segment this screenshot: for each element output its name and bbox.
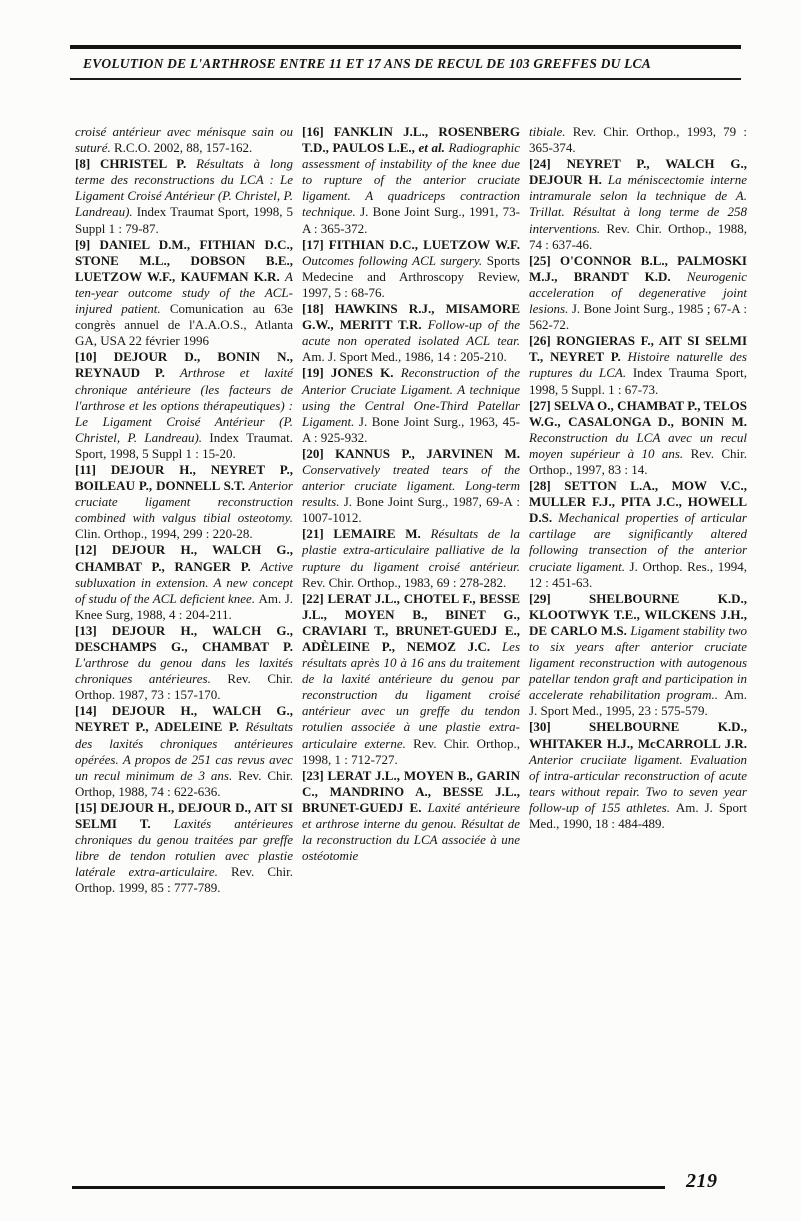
reference-entry: [12] DEJOUR H., WALCH G., CHAMBAT P., RA… (75, 542, 293, 622)
header-rule-bottom (70, 78, 741, 80)
reference-entry: [22] LERAT J.L., CHOTEL F., BESSE J.L., … (302, 591, 520, 768)
references-column-1: croisé antérieur avec ménisque sain ou s… (75, 124, 293, 897)
reference-text-segment: tibiale. (529, 124, 573, 139)
reference-entry: [19] JONES K. Reconstruction of the Ante… (302, 365, 520, 445)
reference-text-segment: [8] CHRISTEL P. (75, 156, 196, 171)
reference-entry: [27] SELVA O., CHAMBAT P., TELOS W.G., C… (529, 398, 747, 478)
reference-text-segment: [21] LEMAIRE M. (302, 526, 431, 541)
references-section: croisé antérieur avec ménisque sain ou s… (75, 124, 747, 897)
reference-text-segment: [27] SELVA O., CHAMBAT P., TELOS W.G., C… (529, 398, 747, 429)
reference-entry: [16] FANKLIN J.L., ROSENBERG T.D., PAULO… (302, 124, 520, 237)
reference-text-segment: [19] JONES K. (302, 365, 401, 380)
page-number: 219 (686, 1170, 746, 1193)
reference-entry: [11] DEJOUR H., NEYRET P., BOILEAU P., D… (75, 462, 293, 542)
reference-entry: [24] NEYRET P., WALCH G., DEJOUR H. La m… (529, 156, 747, 253)
reference-entry: [13] DEJOUR H., WALCH G., DESCHAMPS G., … (75, 623, 293, 703)
reference-text-segment: [13] DEJOUR H., WALCH G., DESCHAMPS G., … (75, 623, 293, 654)
reference-entry: [9] DANIEL D.M., FITHIAN D.C., STONE M.L… (75, 237, 293, 350)
reference-text-segment: [30] SHELBOURNE K.D., WHITAKER H.J., McC… (529, 719, 747, 750)
reference-entry: [23] LERAT J.L., MOYEN B., GARIN C., MAN… (302, 768, 520, 865)
reference-text-segment: Clin. Orthop., 1994, 299 : 220-28. (75, 526, 253, 541)
reference-text-segment: [22] LERAT J.L., CHOTEL F., BESSE J.L., … (302, 591, 520, 654)
reference-entry: croisé antérieur avec ménisque sain ou s… (75, 124, 293, 156)
reference-text-segment: [20] KANNUS P., JARVINEN M. (302, 446, 520, 461)
reference-entry: [30] SHELBOURNE K.D., WHITAKER H.J., McC… (529, 719, 747, 832)
running-head: EVOLUTION DE L'ARTHROSE ENTRE 11 ET 17 A… (70, 45, 741, 80)
references-column-2: [16] FANKLIN J.L., ROSENBERG T.D., PAULO… (302, 124, 520, 897)
reference-entry: [25] O'CONNOR B.L., PALMOSKI M.J., BRAND… (529, 253, 747, 333)
reference-entry: [17] FITHIAN D.C., LUETZOW W.F. Outcomes… (302, 237, 520, 301)
reference-entry: [15] DEJOUR H., DEJOUR D., AIT SI SELMI … (75, 800, 293, 897)
reference-entry: tibiale. Rev. Chir. Orthop., 1993, 79 : … (529, 124, 747, 156)
footer-rule (72, 1186, 665, 1189)
reference-entry: [14] DEJOUR H., WALCH G., NEYRET P., ADE… (75, 703, 293, 800)
reference-entry: [18] HAWKINS R.J., MISAMORE G.W., MERITT… (302, 301, 520, 365)
reference-entry: [10] DEJOUR D., BONIN N., REYNAUD P. Art… (75, 349, 293, 462)
reference-entry: [20] KANNUS P., JARVINEN M. Conservative… (302, 446, 520, 526)
reference-text-segment: Outcomes following ACL surgery. (302, 253, 487, 268)
reference-text-segment: [9] DANIEL D.M., FITHIAN D.C., STONE M.L… (75, 237, 293, 284)
reference-text-segment: Rev. Chir. Orthop., 1983, 69 : 278-282. (302, 575, 506, 590)
references-column-3: tibiale. Rev. Chir. Orthop., 1993, 79 : … (529, 124, 747, 897)
reference-entry: [21] LEMAIRE M. Résultats de la plastie … (302, 526, 520, 590)
reference-text-segment: [17] FITHIAN D.C., LUETZOW W.F. (302, 237, 520, 252)
reference-text-segment: Les résultats après 10 à 16 ans du trait… (302, 639, 520, 751)
reference-entry: [28] SETTON L.A., MOW V.C., MULLER F.J.,… (529, 478, 747, 591)
reference-entry: [8] CHRISTEL P. Résultats à long terme d… (75, 156, 293, 236)
running-head-title: EVOLUTION DE L'ARTHROSE ENTRE 11 ET 17 A… (70, 49, 741, 78)
reference-entry: [26] RONGIERAS F., AIT SI SELMI T., NEYR… (529, 333, 747, 397)
document-page: EVOLUTION DE L'ARTHROSE ENTRE 11 ET 17 A… (0, 0, 801, 1221)
reference-text-segment: et al. (419, 140, 449, 155)
reference-entry: [29] SHELBOURNE K.D., KLOOTWYK T.E., WIL… (529, 591, 747, 720)
reference-text-segment: R.C.O. 2002, 88, 157-162. (114, 140, 252, 155)
reference-text-segment: Am. J. Sport Med., 1986, 14 : 205-210. (302, 349, 507, 364)
